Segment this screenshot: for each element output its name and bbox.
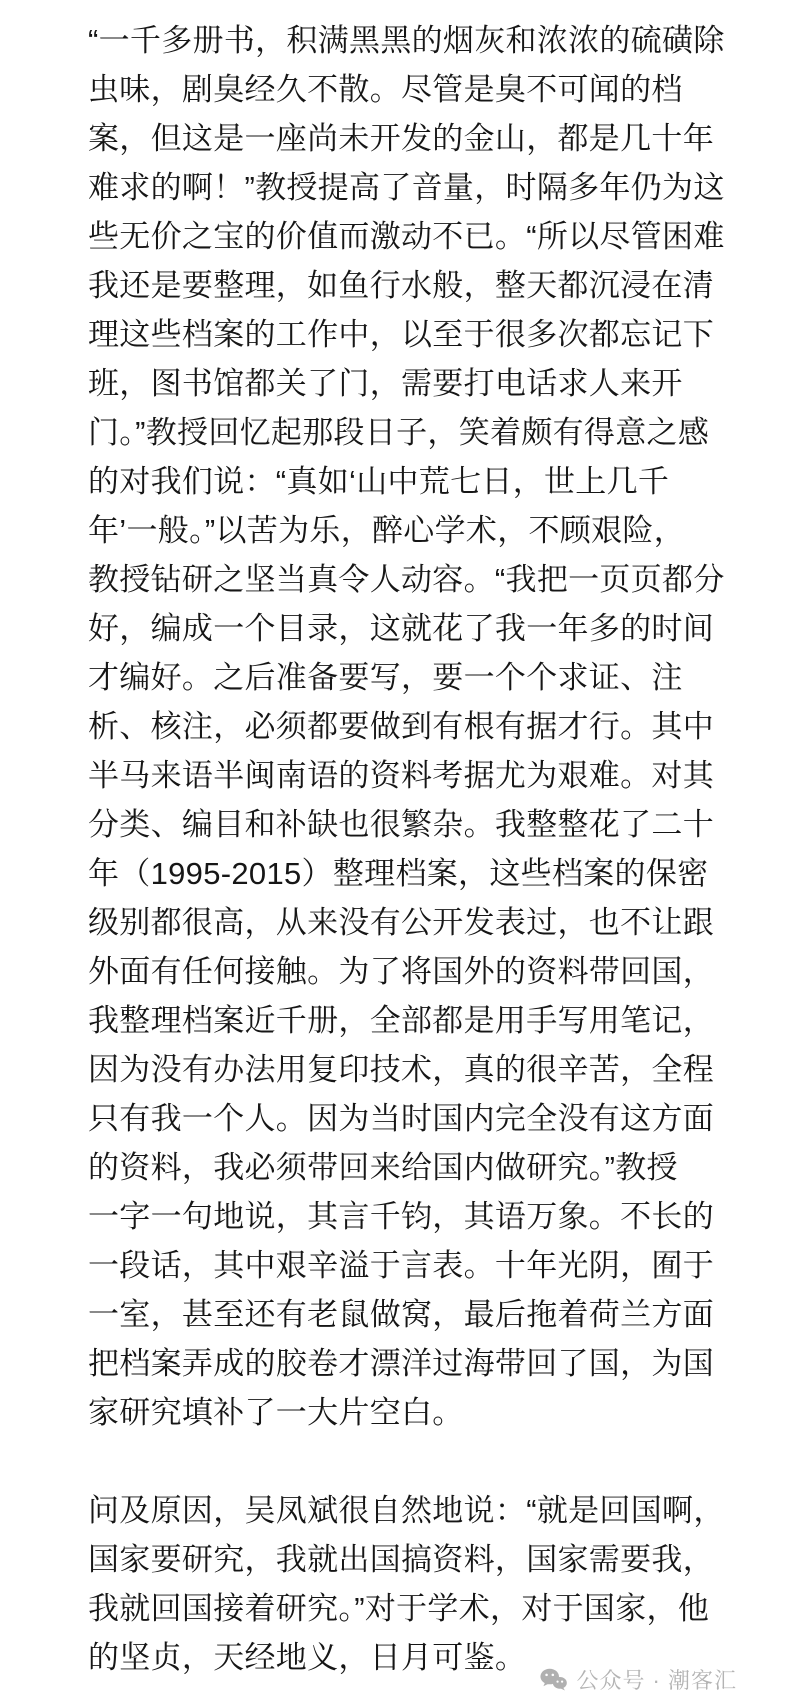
wechat-icon <box>540 1668 567 1691</box>
watermark-label: 公众号 · 潮客汇 <box>576 1664 737 1695</box>
paragraph: 问及原因，吴凤斌很自然地说：“就是回国啊， 国家要研究，我就出国搞资料，国家需要… <box>88 1486 748 1682</box>
watermark: 公众号 · 潮客汇 <box>540 1664 737 1695</box>
paragraph: “一千多册书，积满黑黑的烟灰和浓浓的硫磺除 虫味，剧臭经久不散。尽管是臭不可闻的… <box>88 16 748 1437</box>
article-body: “一千多册书，积满黑黑的烟灰和浓浓的硫磺除 虫味，剧臭经久不散。尽管是臭不可闻的… <box>88 16 748 1682</box>
